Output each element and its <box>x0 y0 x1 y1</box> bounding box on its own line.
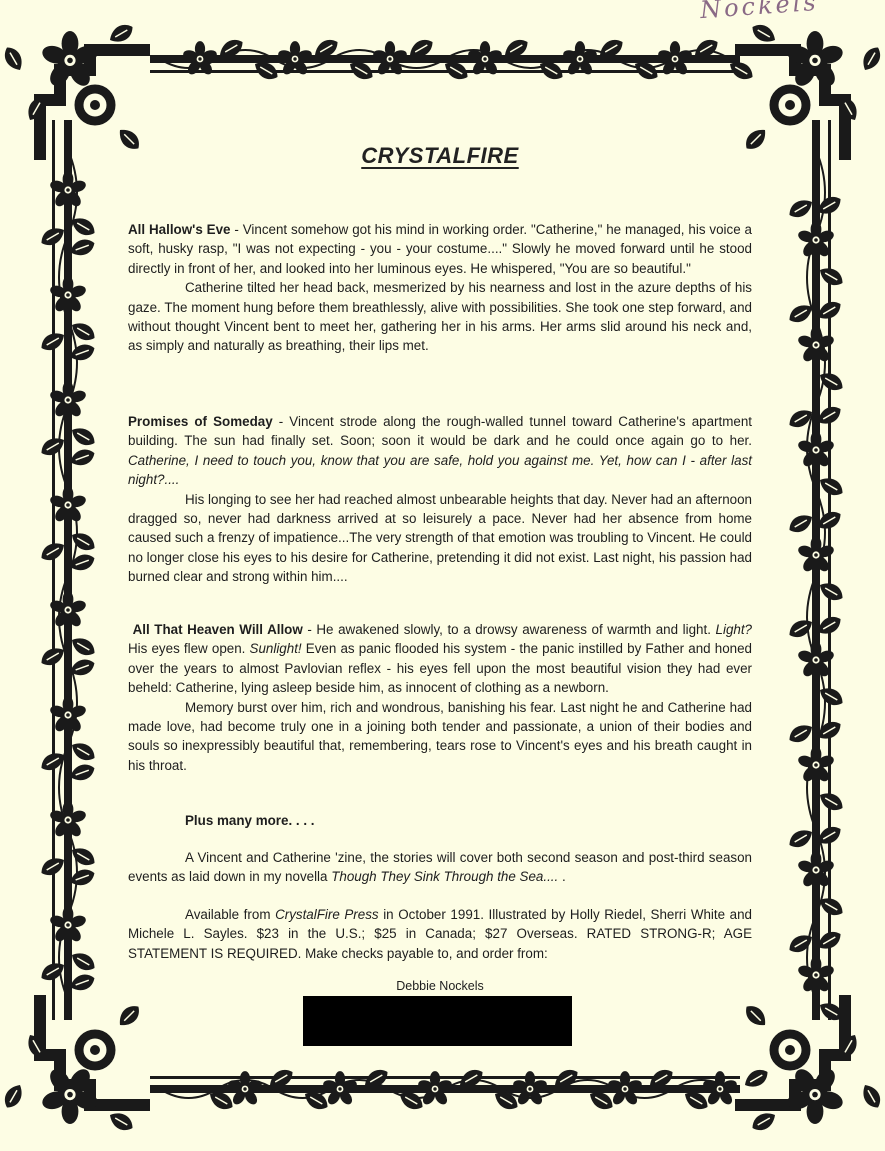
excerpt-heading: All Hallow's Eve <box>128 222 230 237</box>
excerpt-all-that-heaven-will-allow: All That Heaven Will Allow - He awakened… <box>128 620 752 775</box>
redacted-address <box>303 996 572 1046</box>
contact-name: Debbie Nockels <box>128 977 752 996</box>
availability-info: Available from CrystalFire Press in Octo… <box>128 905 752 963</box>
excerpt-all-hallows-eve: All Hallow's Eve - Vincent somehow got h… <box>128 220 752 356</box>
page-title: CRYSTALFIRE <box>128 146 752 165</box>
plus-more: Plus many more. . . . <box>128 811 752 830</box>
zine-description: A Vincent and Catherine 'zine, the stori… <box>128 848 752 887</box>
excerpt-promises-of-someday: Promises of Someday - Vincent strode alo… <box>128 412 752 587</box>
excerpt-heading: All That Heaven Will Allow <box>133 622 303 637</box>
excerpt-heading: Promises of Someday <box>128 414 273 429</box>
